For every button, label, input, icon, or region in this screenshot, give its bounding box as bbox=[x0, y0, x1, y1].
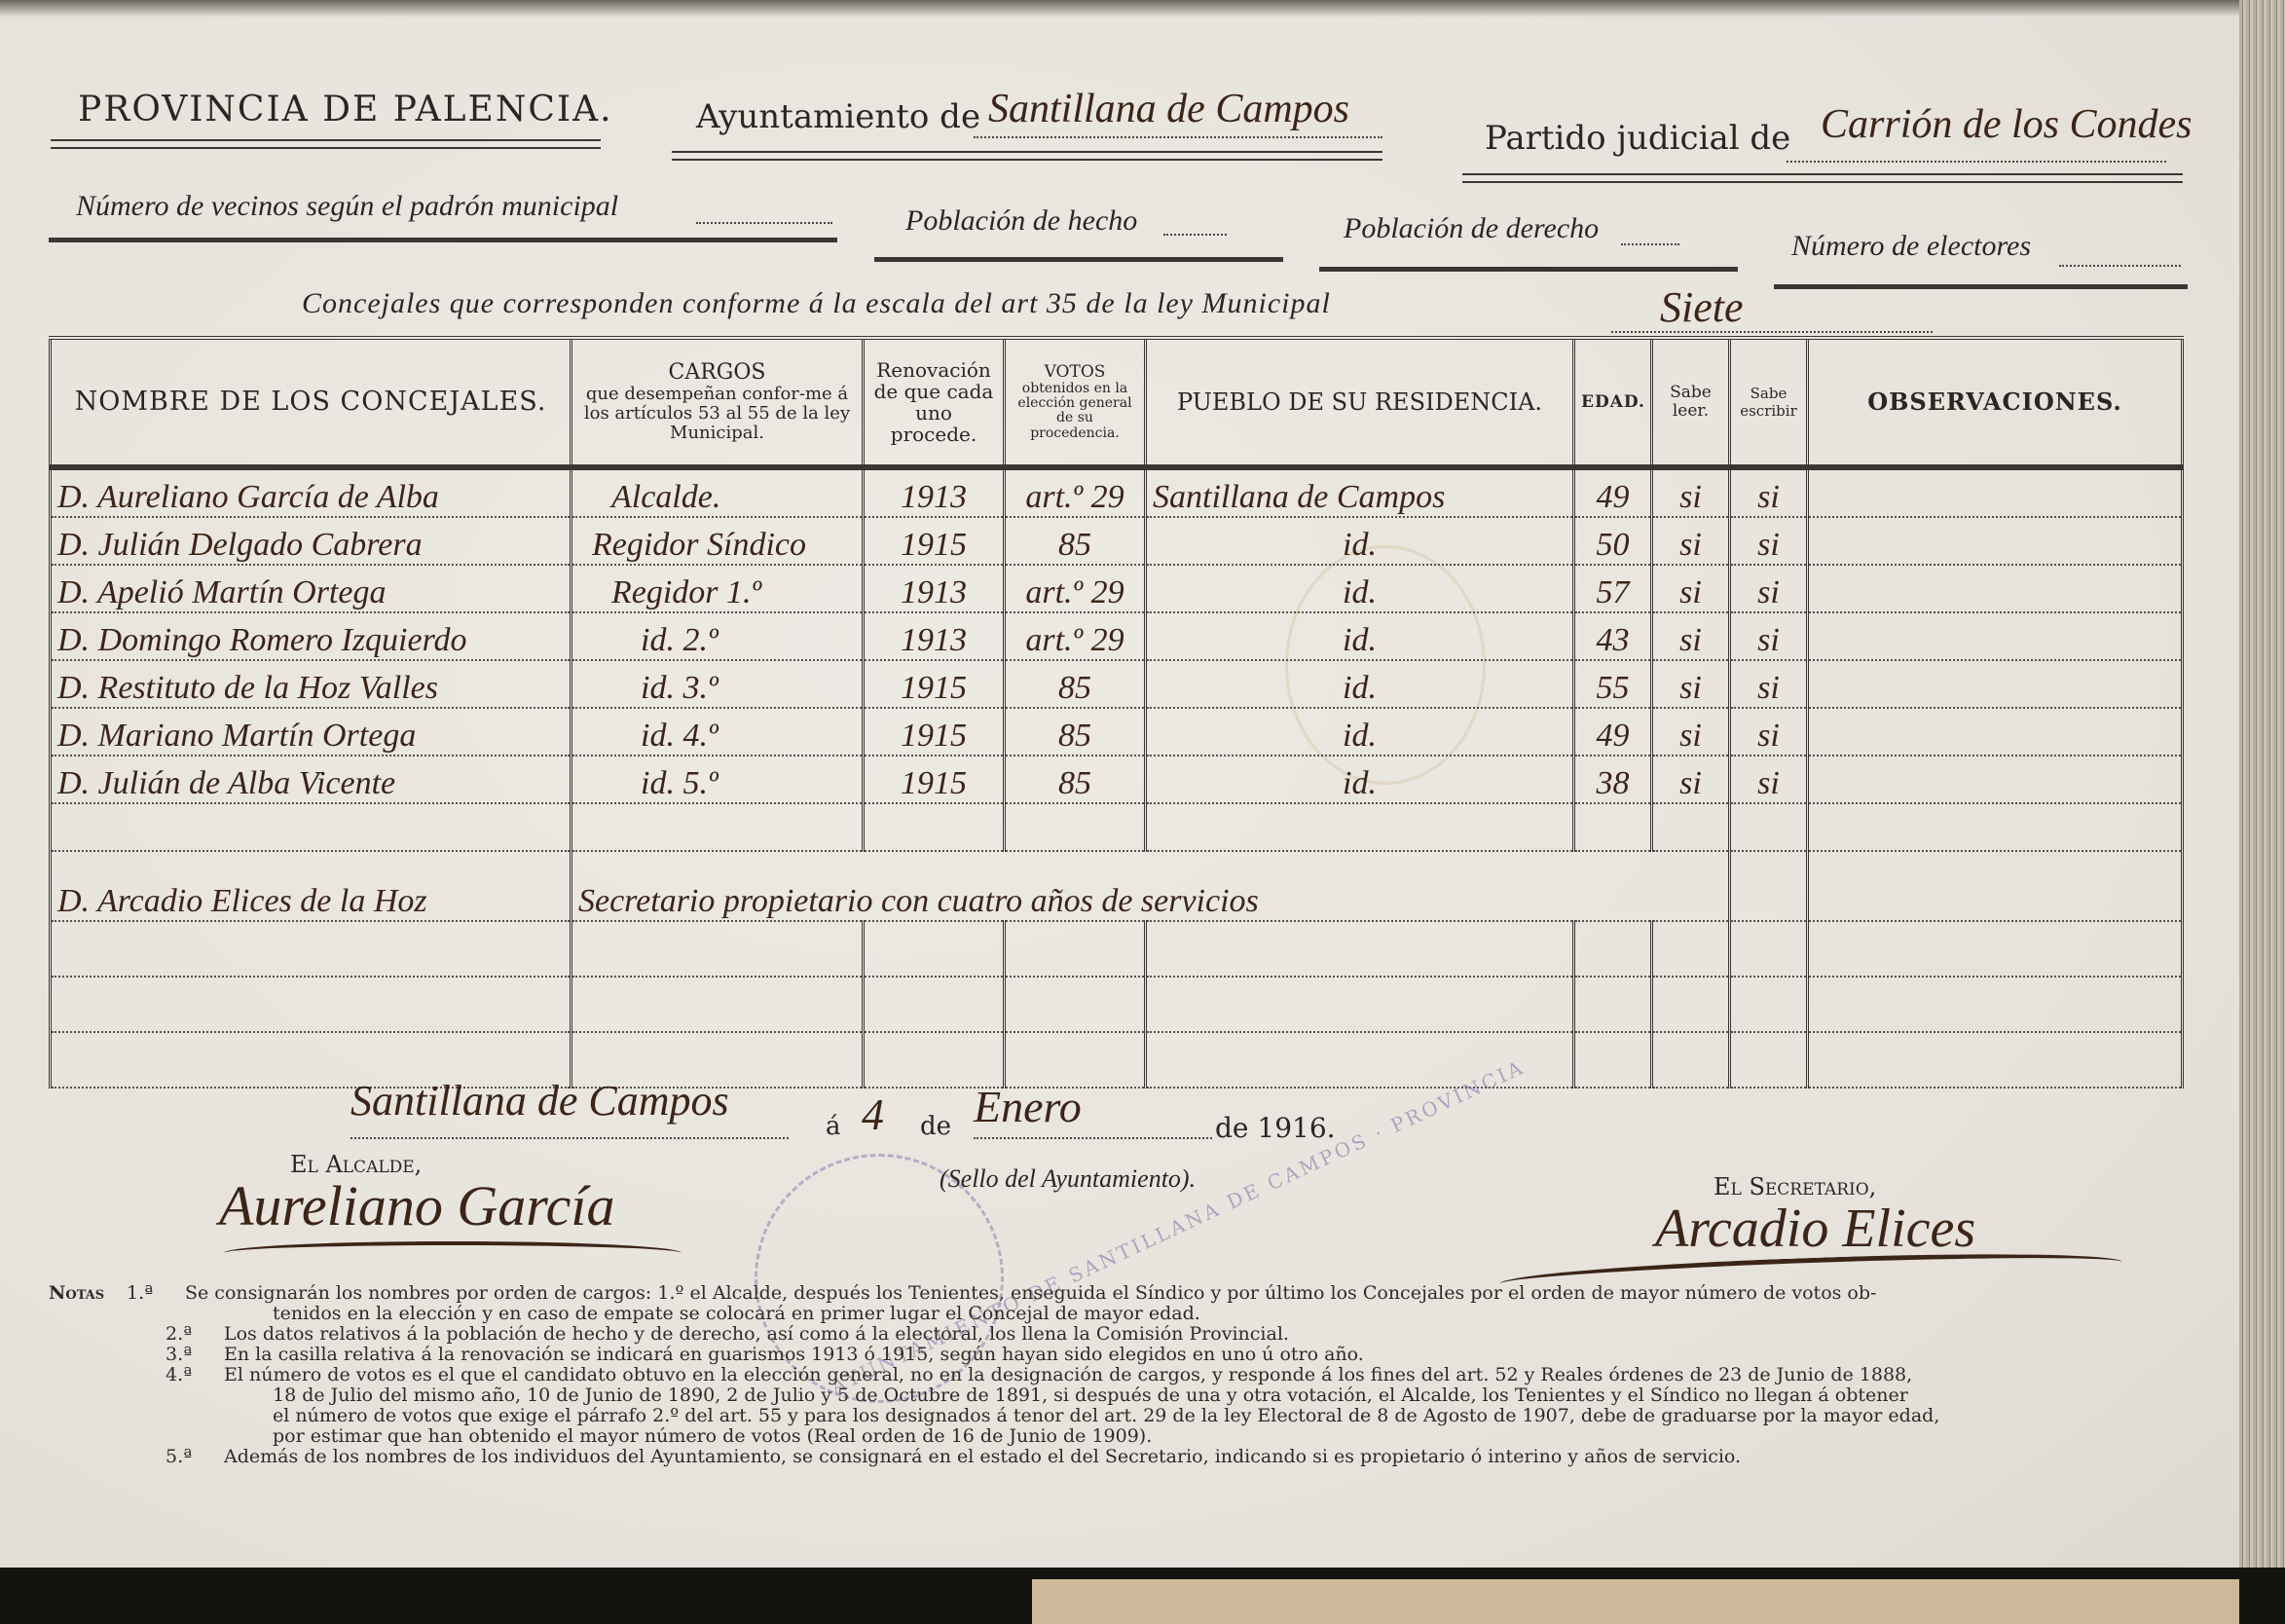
note-text: Además de los nombres de los individuos … bbox=[204, 1447, 1741, 1467]
cell-renovacion: 1915 bbox=[864, 708, 1005, 756]
cell-escribir: si bbox=[1730, 612, 1808, 660]
cell-nombre: D. Apelió Martín Ortega bbox=[51, 565, 571, 612]
note-4: 4.ªEl número de votos es el que el candi… bbox=[49, 1365, 2191, 1385]
note-number: 3.ª bbox=[166, 1345, 204, 1365]
cell-pueblo: id. bbox=[1146, 708, 1574, 756]
electores-label: Número de electores bbox=[1791, 230, 2031, 263]
note-number: 5.ª bbox=[166, 1447, 204, 1467]
cell-escribir: si bbox=[1730, 660, 1808, 708]
ayuntamiento-dots bbox=[974, 136, 1382, 138]
note-2: 2.ªLos datos relativos á la población de… bbox=[49, 1324, 2191, 1345]
col-cargos: CARGOSque desempeñan confor-me á los art… bbox=[571, 338, 864, 467]
ayuntamiento-label: Ayuntamiento de bbox=[696, 97, 980, 136]
poblacion-hecho-rule bbox=[874, 257, 1283, 262]
table-row-blank bbox=[51, 921, 2183, 977]
notes-label: Notas bbox=[49, 1283, 127, 1304]
alcalde-signature: Aureliano García bbox=[219, 1173, 614, 1238]
cell-renovacion: 1915 bbox=[864, 756, 1005, 803]
cell-nombre: D. Aureliano García de Alba bbox=[51, 467, 571, 517]
vecinos-field[interactable] bbox=[696, 222, 832, 224]
table-row: D. Restituto de la Hoz Valles id. 3.º 19… bbox=[51, 660, 2183, 708]
partido-dots bbox=[1787, 161, 2166, 163]
note-number: 4.ª bbox=[166, 1365, 204, 1385]
col-renovacion: Renovación de que cada uno procede. bbox=[864, 338, 1005, 467]
cell-observaciones bbox=[1808, 565, 2183, 612]
table-row: D. Julián de Alba Vicente id. 5.º 1915 8… bbox=[51, 756, 2183, 803]
col-escribir: Sabe escribir bbox=[1730, 338, 1808, 467]
col-pueblo: PUEBLO DE SU RESIDENCIA. bbox=[1146, 338, 1574, 467]
cell-votos: art.º 29 bbox=[1005, 467, 1146, 517]
cell-leer: si bbox=[1652, 565, 1730, 612]
col-observaciones: OBSERVACIONES. bbox=[1808, 338, 2183, 467]
table-row: D. Aureliano García de Alba Alcalde. 191… bbox=[51, 467, 2183, 517]
col-leer: Sabe leer. bbox=[1652, 338, 1730, 467]
cell-observaciones bbox=[1808, 708, 2183, 756]
page-top-edge bbox=[0, 0, 2285, 18]
cell-renovacion: 1913 bbox=[864, 565, 1005, 612]
cell-cargo: id. 4.º bbox=[571, 708, 864, 756]
cell-nombre: D. Mariano Martín Ortega bbox=[51, 708, 571, 756]
cell-votos: 85 bbox=[1005, 517, 1146, 565]
table-header: NOMBRE DE LOS CONCEJALES. CARGOSque dese… bbox=[51, 338, 2183, 467]
vecinos-label: Número de vecinos según el padrón munici… bbox=[76, 190, 618, 223]
secretario-signature: Arcadio Elices bbox=[1655, 1198, 1975, 1260]
cell-secretary-note: Secretario propietario con cuatro años d… bbox=[571, 851, 1652, 921]
concejales-dots bbox=[1611, 331, 1933, 333]
poblacion-hecho-label: Población de hecho bbox=[905, 204, 1137, 238]
concejales-table: NOMBRE DE LOS CONCEJALES. CARGOSque dese… bbox=[49, 336, 2184, 1089]
cell-nombre: D. Domingo Romero Izquierdo bbox=[51, 612, 571, 660]
cell-escribir: si bbox=[1730, 517, 1808, 565]
ayuntamiento-value: Santillana de Campos bbox=[988, 86, 1349, 132]
cell-edad: 55 bbox=[1574, 660, 1652, 708]
poblacion-derecho-field[interactable] bbox=[1621, 243, 1679, 245]
table-row: D. Mariano Martín Ortega id. 4.º 1915 85… bbox=[51, 708, 2183, 756]
table-row: D. Domingo Romero Izquierdo id. 2.º 1913… bbox=[51, 612, 2183, 660]
footer-place: Santillana de Campos bbox=[350, 1076, 729, 1126]
table-row-secretary: D. Arcadio Elices de la Hoz Secretario p… bbox=[51, 851, 2183, 921]
note-number: 2.ª bbox=[166, 1324, 204, 1345]
cell-edad: 49 bbox=[1574, 708, 1652, 756]
note-5: 5.ªAdemás de los nombres de los individu… bbox=[49, 1447, 2191, 1467]
note-text: el número de votos que exige el párrafo … bbox=[273, 1406, 1939, 1426]
cell-renovacion: 1915 bbox=[864, 660, 1005, 708]
partido-value: Carrión de los Condes bbox=[1821, 101, 2193, 148]
cell-leer: si bbox=[1652, 708, 1730, 756]
cell-votos: 85 bbox=[1005, 708, 1146, 756]
cell-observaciones bbox=[1808, 517, 2183, 565]
note-number: 1.ª bbox=[127, 1283, 166, 1304]
table-row-blank bbox=[51, 977, 2183, 1032]
table-row: D. Julián Delgado Cabrera Regidor Síndic… bbox=[51, 517, 2183, 565]
note-text: El número de votos es el que el candidat… bbox=[204, 1365, 1912, 1385]
cell-cargo: id. 3.º bbox=[571, 660, 864, 708]
concejales-value: Siete bbox=[1660, 282, 1744, 332]
cell-edad: 38 bbox=[1574, 756, 1652, 803]
alcalde-flourish bbox=[224, 1241, 682, 1265]
cell-pueblo: id. bbox=[1146, 565, 1574, 612]
col-edad: EDAD. bbox=[1574, 338, 1652, 467]
cell-nombre: D. Julián Delgado Cabrera bbox=[51, 517, 571, 565]
table-row: D. Apelió Martín Ortega Regidor 1.º 1913… bbox=[51, 565, 2183, 612]
poblacion-derecho-rule bbox=[1319, 267, 1738, 272]
cell-escribir: si bbox=[1730, 565, 1808, 612]
poblacion-hecho-field[interactable] bbox=[1163, 234, 1227, 236]
cell-edad: 43 bbox=[1574, 612, 1652, 660]
cell-observaciones bbox=[1808, 467, 2183, 517]
cell-leer: si bbox=[1652, 756, 1730, 803]
cell-leer: si bbox=[1652, 467, 1730, 517]
province-underline bbox=[51, 139, 601, 149]
cell-leer: si bbox=[1652, 612, 1730, 660]
secretario-label: El Secretario, bbox=[1714, 1173, 1876, 1200]
table-row-blank bbox=[51, 803, 2183, 851]
cell-pueblo: Santillana de Campos bbox=[1146, 467, 1574, 517]
cell-escribir: si bbox=[1730, 467, 1808, 517]
electores-field[interactable] bbox=[2059, 265, 2181, 267]
footer-a-label: á bbox=[826, 1112, 841, 1141]
col-votos: VOTOSobtenidos en la elección general de… bbox=[1005, 338, 1146, 467]
cell-pueblo: id. bbox=[1146, 517, 1574, 565]
footer-de-label: de bbox=[920, 1112, 951, 1141]
cell-cargo: Alcalde. bbox=[571, 467, 864, 517]
cell-pueblo: id. bbox=[1146, 660, 1574, 708]
note-text: En la casilla relativa á la renovación s… bbox=[204, 1345, 1364, 1365]
cell-edad: 57 bbox=[1574, 565, 1652, 612]
cell-votos: art.º 29 bbox=[1005, 612, 1146, 660]
cell-pueblo: id. bbox=[1146, 612, 1574, 660]
cell-cargo: id. 5.º bbox=[571, 756, 864, 803]
cell-observaciones bbox=[1808, 660, 2183, 708]
cell-pueblo: id. bbox=[1146, 756, 1574, 803]
poblacion-derecho-label: Población de derecho bbox=[1344, 212, 1599, 245]
footer-month-dots bbox=[974, 1137, 1212, 1139]
concejales-label: Concejales que corresponden conforme á l… bbox=[302, 287, 1331, 320]
cell-edad: 49 bbox=[1574, 467, 1652, 517]
note-1: Notas 1.ª Se consignarán los nombres por… bbox=[49, 1283, 2191, 1304]
footer-place-dots bbox=[350, 1137, 789, 1139]
book-spine bbox=[2239, 0, 2285, 1624]
cell-leer: si bbox=[1652, 517, 1730, 565]
cell-leer: si bbox=[1652, 660, 1730, 708]
cell-nombre: D. Julián de Alba Vicente bbox=[51, 756, 571, 803]
cell-cargo: Regidor 1.º bbox=[571, 565, 864, 612]
cell-secretary-nombre: D. Arcadio Elices de la Hoz bbox=[51, 851, 571, 921]
partido-underline bbox=[1462, 173, 2183, 183]
cell-observaciones bbox=[1808, 756, 2183, 803]
note-text: Se consignarán los nombres por orden de … bbox=[166, 1283, 1876, 1304]
footer-month: Enero bbox=[974, 1081, 1082, 1132]
cell-nombre: D. Restituto de la Hoz Valles bbox=[51, 660, 571, 708]
footer-year: de 1916. bbox=[1215, 1112, 1336, 1144]
notes-section: Notas 1.ª Se consignarán los nombres por… bbox=[49, 1283, 2191, 1467]
cell-renovacion: 1915 bbox=[864, 517, 1005, 565]
cell-cargo: Regidor Síndico bbox=[571, 517, 864, 565]
sello-label: (Sello del Ayuntamiento). bbox=[940, 1164, 1196, 1194]
note-text: 18 de Julio del mismo año, 10 de Junio d… bbox=[273, 1385, 1908, 1406]
cell-escribir: si bbox=[1730, 756, 1808, 803]
note-text: tenidos en la elección y en caso de empa… bbox=[273, 1304, 1200, 1324]
vecinos-rule bbox=[49, 238, 837, 242]
electores-rule bbox=[1774, 284, 2188, 289]
cell-votos: art.º 29 bbox=[1005, 565, 1146, 612]
cell-observaciones bbox=[1808, 612, 2183, 660]
cell-votos: 85 bbox=[1005, 660, 1146, 708]
col-nombre: NOMBRE DE LOS CONCEJALES. bbox=[51, 338, 571, 467]
cell-escribir: si bbox=[1730, 708, 1808, 756]
cell-edad: 50 bbox=[1574, 517, 1652, 565]
footer-day: 4 bbox=[862, 1089, 884, 1140]
cell-renovacion: 1913 bbox=[864, 612, 1005, 660]
note-3: 3.ªEn la casilla relativa á la renovació… bbox=[49, 1345, 2191, 1365]
background-tan bbox=[1032, 1579, 2239, 1624]
cell-cargo: id. 2.º bbox=[571, 612, 864, 660]
province-title: PROVINCIA DE PALENCIA. bbox=[78, 90, 613, 129]
note-text: por estimar que han obtenido el mayor nú… bbox=[273, 1426, 1152, 1447]
note-text: Los datos relativos á la población de he… bbox=[204, 1324, 1289, 1345]
cell-votos: 85 bbox=[1005, 756, 1146, 803]
cell-renovacion: 1913 bbox=[864, 467, 1005, 517]
ayuntamiento-underline bbox=[672, 151, 1382, 161]
partido-label: Partido judicial de bbox=[1485, 119, 1790, 158]
